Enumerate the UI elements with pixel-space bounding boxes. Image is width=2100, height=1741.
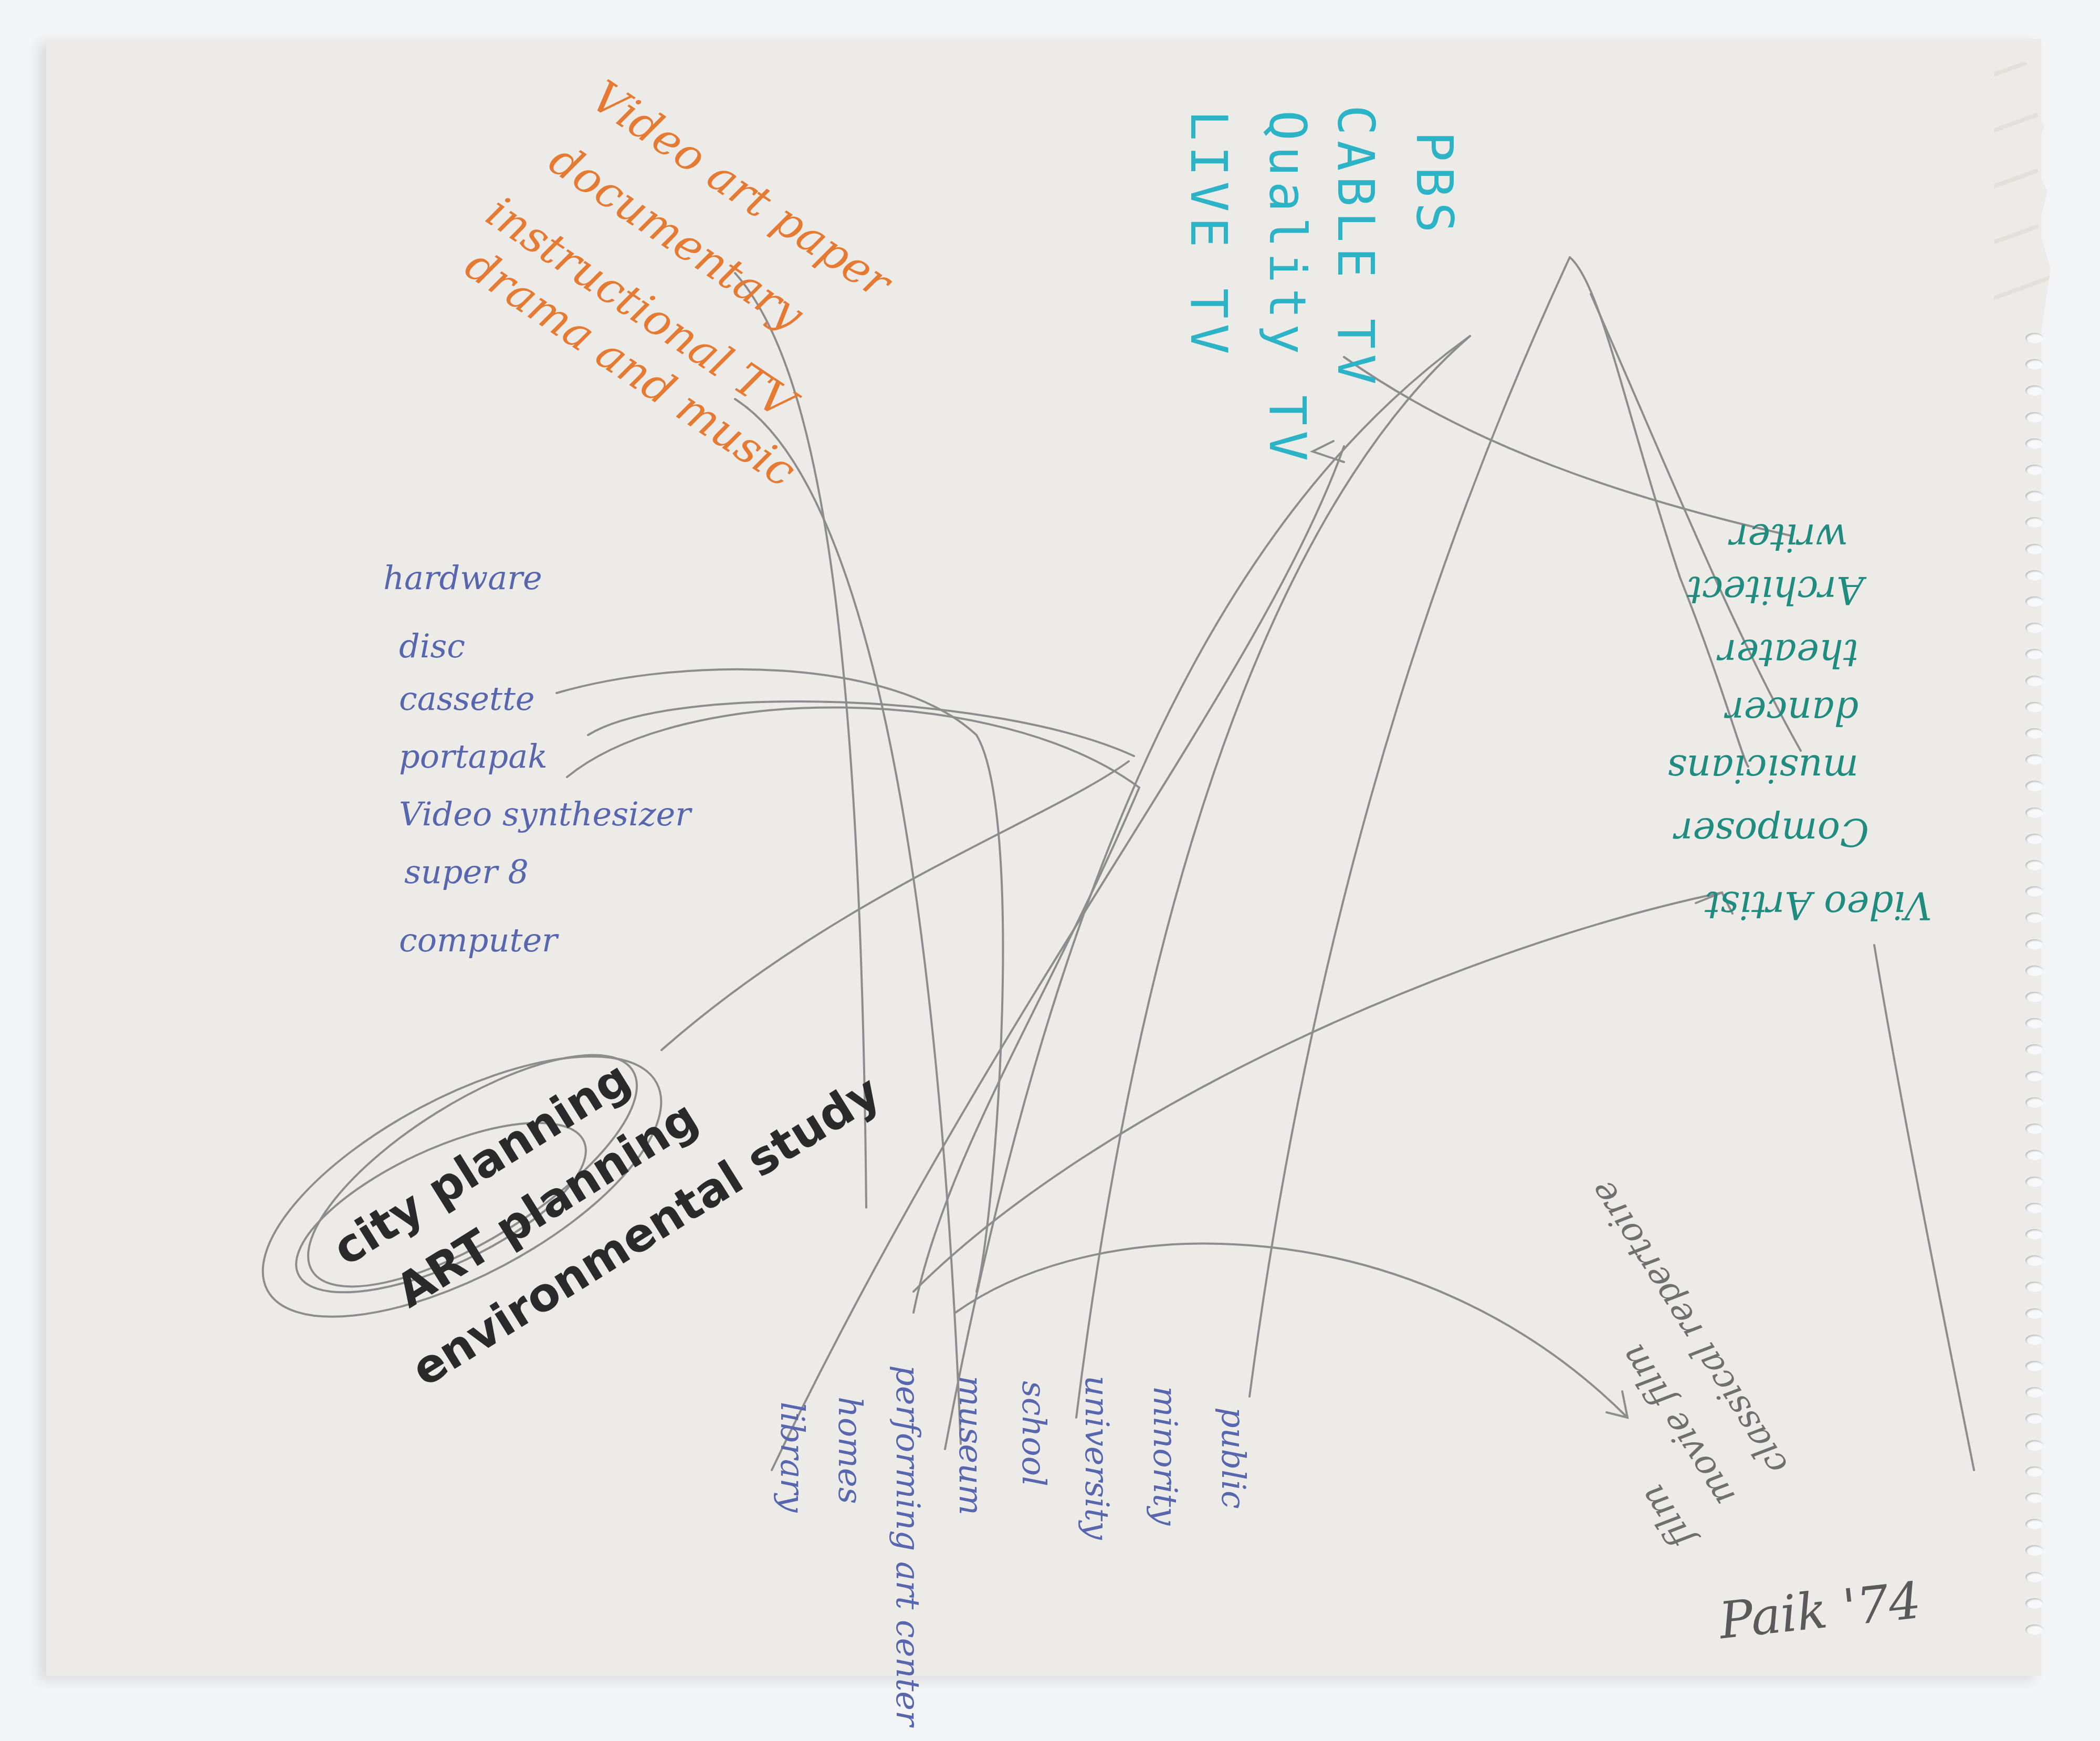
hardware-heading: hardware [383,562,542,594]
connector-line [772,446,1344,1470]
venue-library: library [776,1402,808,1513]
connector-line [1570,257,1748,767]
venue-homes: homes [834,1397,866,1504]
person-writer: writer [1730,519,1848,557]
hardware-item-cassette: cassette [399,683,535,715]
venue-school: school [1017,1381,1050,1486]
person-architect: Architect [1687,571,1864,609]
person-theater: theater [1718,634,1858,672]
connector-line [1076,336,1470,1418]
connector-line [735,399,961,1444]
venue-museum: museum [954,1376,987,1515]
hardware-item-portapak: portapak [399,740,548,773]
venue-minority: minority [1149,1386,1181,1525]
venue-university: university [1080,1376,1113,1540]
connector-line [945,336,1470,1449]
hardware-item-disc: disc [399,630,465,663]
hardware-item-video-synthesizer: Video synthesizer [399,798,691,831]
hardware-item-computer: computer [399,924,558,957]
person-video-artist: Video Artist [1705,886,1932,924]
broadcast-cable-tv: CABLE TV [1330,105,1381,390]
venue-public: public [1217,1407,1249,1509]
broadcast-live-tv: LIVE TV [1183,110,1234,360]
hardware-item-super-8: super 8 [404,856,529,888]
connector-line [1874,945,1974,1470]
connector-line [556,669,1003,1292]
connector-line [955,1244,1627,1418]
venue-performing-art-center: performing art center [891,1365,924,1726]
broadcast-quality-tv: Quality TV [1262,110,1312,466]
connector-line [913,893,1722,1292]
connector-line [661,761,1129,1050]
person-musicians: musicians [1667,750,1858,788]
person-dancer: dancer [1726,692,1858,730]
person-composer: Composer [1675,813,1869,851]
broadcast-pbs: PBS [1409,131,1459,238]
